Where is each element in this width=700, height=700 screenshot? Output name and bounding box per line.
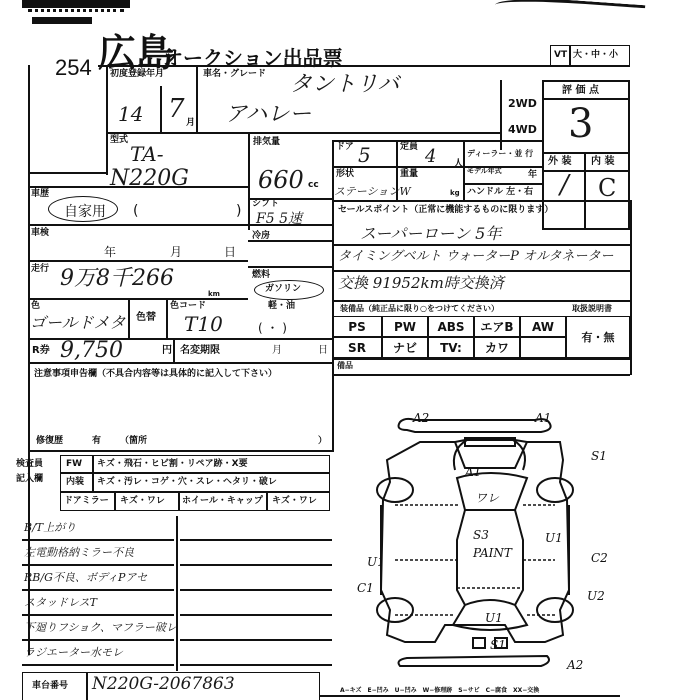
remark-line: 下廻りフショク、マフラー破レ [24,622,177,633]
remark-line: スタッドレスT [24,597,97,608]
size-box: VT 大・中・小 [550,45,630,67]
fw-label: FW [66,460,82,469]
sales-point-line-2: タイミングベルト ウォーターP オルタネーター [338,250,613,263]
name-grade-label: 車名・グレード [203,70,266,79]
score-label: 評 価 点 [562,86,599,96]
name-change-month: 月 [272,346,282,356]
wheel-label: ホイール・キャップ [182,497,263,506]
interior-value: C [598,176,616,200]
damage-mark: C1 [357,581,374,595]
name-change-day: 日 [318,346,328,356]
fuel-label: 燃料 [252,271,270,280]
remark-line: RB/G不良、ボディPアセ [24,572,147,583]
sales-point-label: セールスポイント（正常に機能するものに限ります） [338,206,553,215]
color-change-label: 色替 [136,313,156,323]
damage-mark: S3 [473,528,489,542]
equipment-cell: PS [332,316,382,337]
model-value: TA- [130,144,163,164]
barcode-bar [32,17,92,24]
color-value: ゴールドメタ [30,315,126,331]
shaken-year: 年 [104,246,116,258]
usage-value: 自家用 [64,201,106,221]
repair-location-label: （箇所 [120,437,147,446]
damage-mark: A1 [464,465,481,479]
damage-mark: S1 [591,449,607,463]
exterior-value: / [560,172,569,198]
mileage-unit: km [208,291,220,298]
chassis-label: 車台番号 [32,682,68,691]
damage-mark: U1 [545,531,563,545]
equipment-label: 装備品（純正品に限り○をつけてください） [340,305,499,313]
repair-paren-close: ） [318,437,327,446]
vehicle-name: タントリバ [290,74,399,96]
interior-inspect-label: 内装 [66,478,84,487]
fuel-other: 軽・油 [268,302,295,311]
name-change-label: 名変期限 [180,346,220,356]
damage-mark: C2 [591,551,608,565]
body-label: 形状 [336,170,354,179]
inspector-label-1: 検査員 [16,460,43,469]
displacement-label: 排気量 [253,138,280,147]
first-reg-value: 14 [118,104,143,124]
recycle-label: R券 [32,346,50,356]
body-value: ステーションW [334,186,411,197]
drive-4wd: 4WD [508,124,537,135]
damage-mark: U1 [367,555,385,569]
equipment-cell: ABS [428,316,474,337]
remark-line: ラジエーター水モレ [24,647,123,658]
shift-label: シフト [252,200,279,209]
capacity-unit: 人 [454,160,463,169]
damage-mark: A2 [412,411,429,425]
warranty-value: 有・無 [566,316,630,358]
vt-label: VT [554,51,567,60]
exterior-label: 外 装 [548,157,571,167]
barcode-digits [28,9,124,16]
car-diagram: A2A1S1A1ワレS3PAINTU1C1U1C2U2U1S1A2A2 [355,410,635,670]
month-unit: 月 [186,119,195,128]
weight-label: 重量 [400,170,418,179]
damage-mark: U2 [587,589,605,603]
recycle-unit: 円 [162,346,172,356]
score-value: 3 [568,104,593,144]
fuel-paren: ( ・ ) [258,322,287,334]
damage-mark: PAINT [472,546,513,560]
damage-mark: ワレ [475,491,500,505]
drive-2wd: 2WD [508,98,537,109]
shaken-label: 車検 [31,229,49,238]
displacement-value: 660 [258,168,304,192]
damage-mark: A2 [566,658,583,670]
notes-label: 注意事項申告欄（不具合内容等は具体的に記入して下さい） [34,370,277,379]
capacity-value: 4 [425,148,436,166]
sales-point-line-1: スーパーローン 5年 [360,226,501,242]
displacement-unit: cc [308,181,319,190]
barcode-strip [22,0,130,8]
warranty-label: 取扱説明書 [572,305,612,313]
lot-number: 254 [55,55,92,81]
chassis-value: N220G-2067863 [92,676,235,693]
mirror-label: ドアミラー [64,497,109,506]
shaken-month: 月 [170,246,182,258]
usage-paren-open: ( [133,204,138,218]
dealer-label: ディーラー・並 行 [467,150,533,158]
wheel-options: キズ・ワレ [272,497,317,506]
equipment-cell: カワ [474,337,520,358]
equipment-cell: エアB [474,316,520,337]
equipment-cell [520,337,566,358]
equipment-cell: TV: [428,337,474,358]
weight-unit: kg [450,190,460,197]
remark-line: B/T上がり [24,522,76,533]
equipment-cell: PW [382,316,428,337]
interior-label: 内 装 [591,157,614,167]
first-reg-label: 初度登録年月 [110,70,164,79]
main-top-border [98,65,630,67]
door-label: ドア [336,143,354,152]
model-label: 型式 [110,136,128,145]
scan-streak [495,0,646,22]
size-options: 大・中・小 [573,51,618,60]
mirror-options: キズ・ワレ [120,497,165,506]
equipment-grid: PSPWABSエアBAWSRナビTV:カワ有・無 [332,316,630,358]
damage-mark: A1 [534,411,551,425]
sales-point-line-3: 交換 91952km時交換済 [338,276,504,291]
fuel-selected: ガソリン [265,285,301,294]
model-year-unit: 年 [528,171,537,180]
mileage-label: 走行 [31,265,49,274]
accessories-label: 備品 [337,362,353,370]
vehicle-grade: アハレー [225,104,311,126]
usage-label: 車歴 [31,190,49,199]
color-code-label: 色コード [170,302,206,311]
form-left-border [28,65,30,655]
damage-mark: U1 [485,611,503,625]
recycle-value: 9,750 [60,340,123,362]
door-value: 5 [358,145,371,165]
inspector-label-2: 記入欄 [16,475,43,484]
mileage-value: 9万8千266 [60,268,174,290]
diagram-legend: A−キズ E−凹み U−凹み W−修理跡 S−サビ C−腐食 XX−交換 [340,685,539,694]
usage-paren-close: ) [236,204,241,218]
repair-history-value: 有 [92,437,101,446]
interior-options: キズ・汚レ・コゲ・穴・スレ・ヘタリ・破レ [97,478,277,487]
handle-label: ハンドル 左・右 [467,188,533,197]
model-year-label: モデル年式 [467,168,502,175]
color-code-value: T10 [184,314,223,334]
fw-options: キズ・飛石・ヒビ割・リペア跡・X要 [97,460,248,469]
capacity-label: 定員 [400,143,418,152]
equipment-cell: AW [520,316,566,337]
repair-history-label: 修復歴 [36,437,63,446]
first-reg-month: 7 [168,96,185,122]
damage-mark: S1 [490,638,506,652]
equipment-cell: ナビ [382,337,428,358]
equipment-cell: SR [332,337,382,358]
color-label: 色 [31,302,40,311]
remark-line: 左電動格納ミラー不良 [24,547,134,558]
shaken-day: 日 [224,246,236,258]
